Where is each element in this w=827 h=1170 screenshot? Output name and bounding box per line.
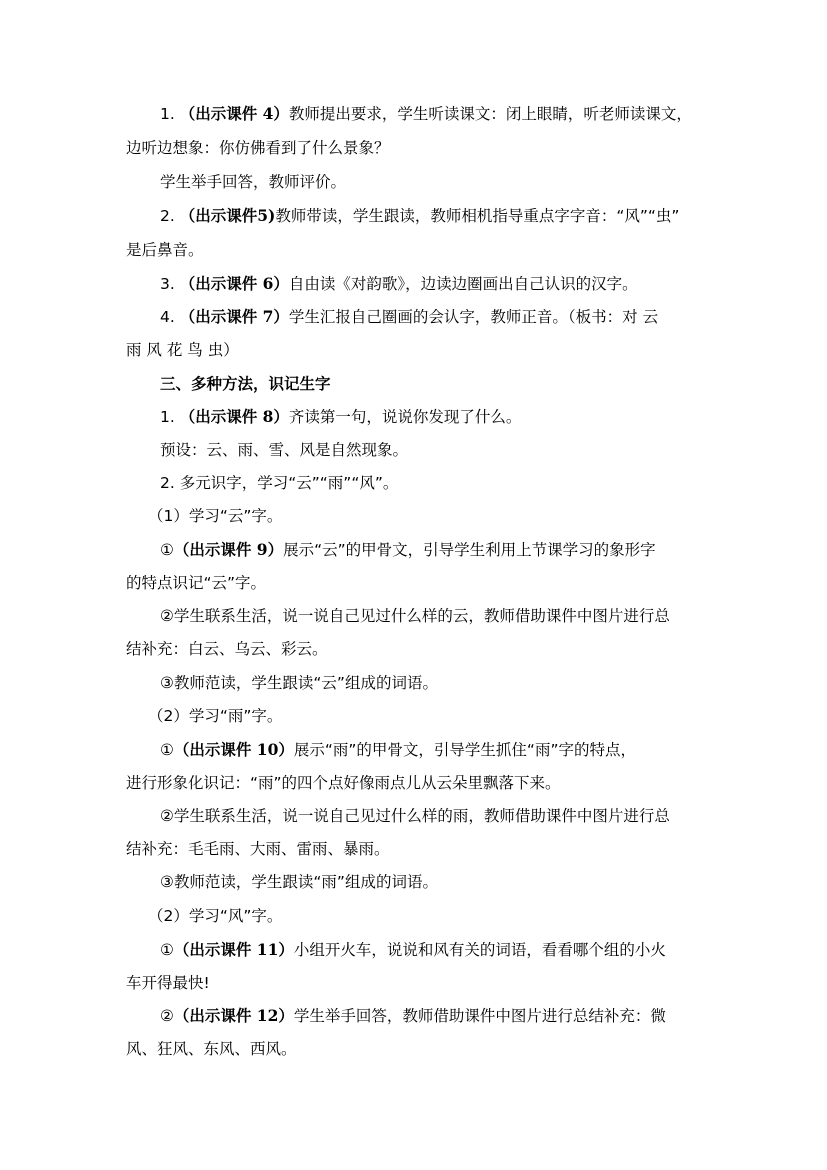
paragraph-line: 2. （出示课件5)教师带读，学生跟读，教师相机指导重点字字音：“风”“虫” bbox=[160, 206, 679, 226]
paragraph-line: 学生举手回答，教师评价。 bbox=[160, 172, 346, 192]
paragraph-line: ①（出示课件 11）小组开火车，说说和风有关的词语，看看哪个组的小火 bbox=[160, 940, 666, 960]
paragraph-line: 2. 多元识字，学习“云”“雨”“风”。 bbox=[160, 473, 398, 493]
paragraph-line: 3. （出示课件 6）自由读《对韵歌》，边读边圈画出自己认识的汉字。 bbox=[160, 274, 638, 294]
paragraph-line: 结补充：白云、乌云、彩云。 bbox=[126, 639, 328, 659]
paragraph-line: 的特点识记“云”字。 bbox=[126, 573, 266, 593]
subsection-line: （2）学习“风”字。 bbox=[148, 906, 282, 926]
paragraph-line: ③教师范读，学生跟读“雨”组成的词语。 bbox=[160, 872, 438, 892]
paragraph-line: ②学生联系生活，说一说自己见过什么样的云，教师借助课件中图片进行总 bbox=[160, 606, 670, 626]
paragraph-line: 1. （出示课件 4）教师提出要求，学生听读课文：闭上眼睛，听老师读课文， bbox=[160, 104, 692, 124]
subsection-line: （2）学习“雨”字。 bbox=[148, 706, 282, 726]
paragraph-line: 雨 风 花 鸟 虫） bbox=[126, 340, 239, 360]
paragraph-line: 边听边想象：你仿佛看到了什么景象？ bbox=[126, 138, 390, 158]
subsection-line: （1）学习“云”字。 bbox=[148, 506, 282, 526]
paragraph-line: 1. （出示课件 8）齐读第一句，说说你发现了什么。 bbox=[160, 407, 521, 427]
paragraph-line: 进行形象化识记：“雨”的四个点好像雨点儿从云朵里飘落下来。 bbox=[126, 773, 561, 793]
paragraph-line: 车开得最快! bbox=[126, 973, 210, 993]
paragraph-line: 预设：云、雨、雪、风是自然现象。 bbox=[160, 440, 408, 460]
paragraph-line: 风、狂风、东风、西风。 bbox=[126, 1039, 297, 1059]
paragraph-line: ②（出示课件 12）学生举手回答，教师借助课件中图片进行总结补充：微 bbox=[160, 1006, 666, 1026]
paragraph-line: ②学生联系生活，说一说自己见过什么样的雨，教师借助课件中图片进行总 bbox=[160, 806, 670, 826]
paragraph-line: ①（出示课件 9）展示“云”的甲骨文，引导学生利用上节课学习的象形字 bbox=[160, 540, 656, 560]
paragraph-line: ③教师范读，学生跟读“云”组成的词语。 bbox=[160, 673, 438, 693]
section-heading: 三、多种方法，识记生字 bbox=[160, 374, 331, 394]
paragraph-line: ①（出示课件 10）展示“雨”的甲骨文，引导学生抓住“雨”字的特点， bbox=[160, 740, 636, 760]
paragraph-line: 是后鼻音。 bbox=[126, 240, 204, 260]
paragraph-line: 4. （出示课件 7）学生汇报自己圈画的会认字，教师正音。（板书：对 云 bbox=[160, 307, 658, 327]
paragraph-line: 结补充：毛毛雨、大雨、雷雨、暴雨。 bbox=[126, 839, 390, 859]
